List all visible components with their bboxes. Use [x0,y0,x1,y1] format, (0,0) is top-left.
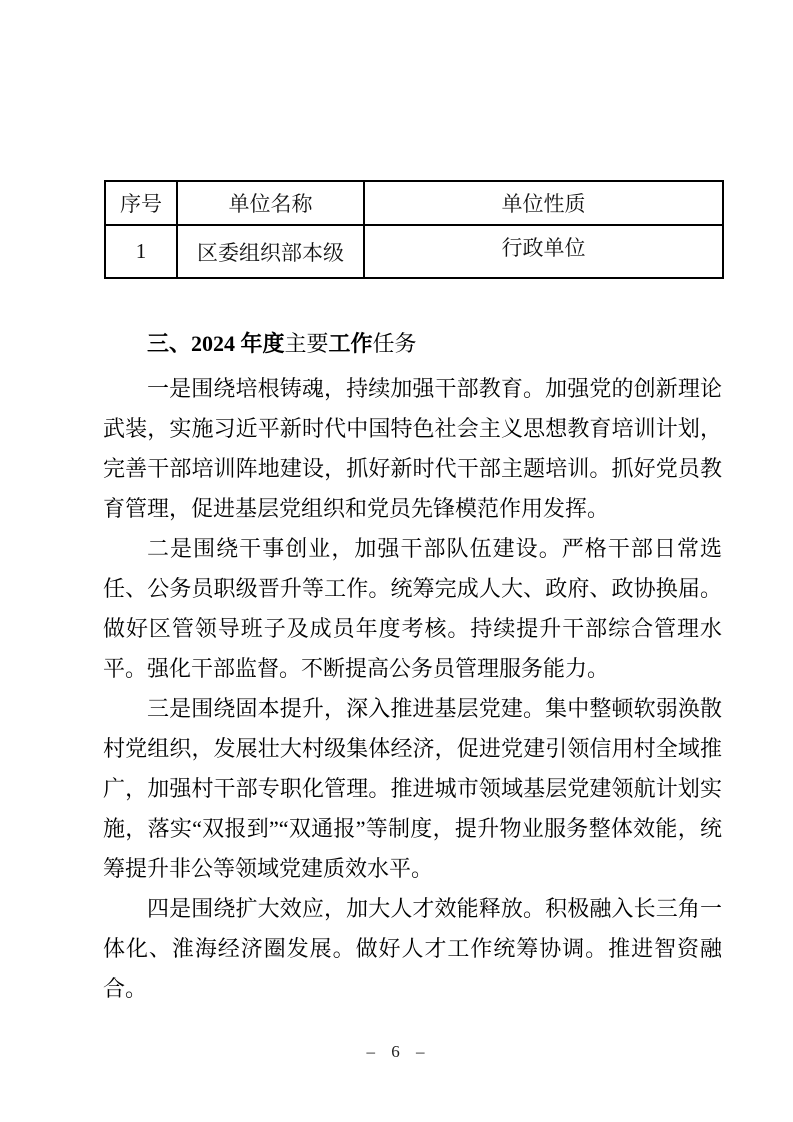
body-paragraph-4: 四是围绕扩大效应，加大人才效能释放。积极融入长三角一体化、淮海经济圈发展。做好人… [103,889,722,1009]
heading-segment: 任务 [373,331,417,356]
body-paragraph-2: 二是围绕干事创业，加强干部队伍建设。严格干部日常选任、公务员职级晋升等工作。统筹… [103,529,722,689]
top-margin [0,0,793,180]
heading-segment: 主要 [285,331,329,356]
document-page: 序号 单位名称 单位性质 1 区委组织部本级 行政单位 三、2024 年度主要工… [0,0,793,1122]
header-cell-serial: 序号 [105,181,177,225]
table-row: 1 区委组织部本级 行政单位 [105,225,723,278]
units-table: 序号 单位名称 单位性质 1 区委组织部本级 行政单位 [104,180,724,279]
cell-unit-type: 行政单位 [364,225,723,278]
page-number: – 6 – [0,1042,793,1062]
cell-unit-name: 区委组织部本级 [177,225,364,278]
section-heading: 三、2024 年度主要工作任务 [103,324,722,364]
cell-unit-type-text: 行政单位 [502,232,586,262]
body-paragraph-3: 三是围绕固本提升，深入推进基层党建。集中整顿软弱涣散村党组织，发展壮大村级集体经… [103,689,722,889]
heading-segment: 三、2024 年度 [147,331,285,356]
cell-serial: 1 [105,225,177,278]
body-paragraph-1: 一是围绕培根铸魂，持续加强干部教育。加强党的创新理论武装，实施习近平新时代中国特… [103,369,722,529]
header-cell-unit-name: 单位名称 [177,181,364,225]
header-cell-unit-type: 单位性质 [364,181,723,225]
heading-segment: 工作 [329,331,373,356]
table-header-row: 序号 单位名称 单位性质 [105,181,723,225]
